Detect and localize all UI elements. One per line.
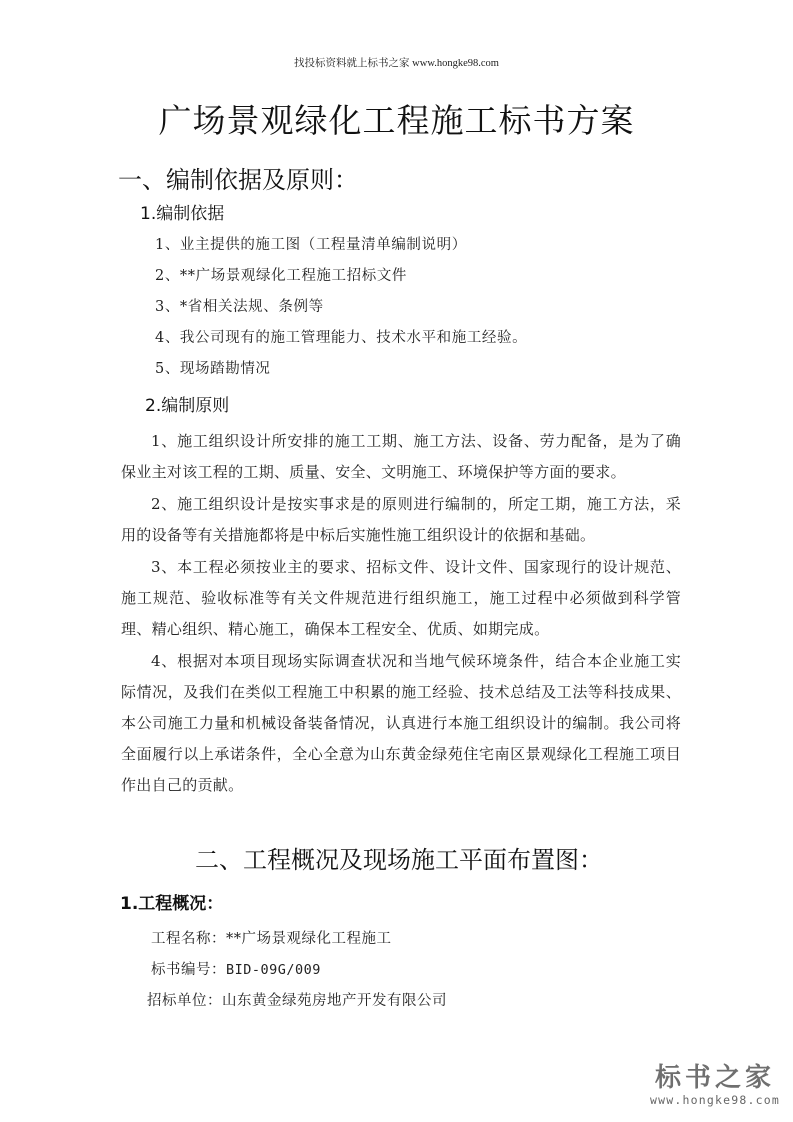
watermark-url: www.hongke98.com xyxy=(640,1093,790,1107)
info-project-name: 工程名称：**广场景观绿化工程施工 xyxy=(151,927,392,948)
section1-heading: 一、编制依据及原则： xyxy=(118,160,358,195)
info-tendering-unit: 招标单位：山东黄金绿苑房地产开发有限公司 xyxy=(147,989,447,1010)
principle-text: 3、本工程必须按业主的要求、招标文件、设计文件、国家现行的设计规范、施工规范、验… xyxy=(121,558,681,638)
basis-item: 4、我公司现有的施工管理能力、技术水平和施工经验。 xyxy=(155,326,527,347)
basis-item: 2、**广场景观绿化工程施工招标文件 xyxy=(155,264,407,285)
principle-paragraph: 1、施工组织设计所安排的施工工期、施工方法、设备、劳力配备，是为了确保业主对该工… xyxy=(121,426,681,488)
basis-item: 5、现场踏勘情况 xyxy=(155,357,271,378)
info-value: **广场景观绿化工程施工 xyxy=(226,931,392,947)
document-title: 广场景观绿化工程施工标书方案 xyxy=(0,95,793,142)
basis-item: 3、*省相关法规、条例等 xyxy=(155,295,324,316)
section2-sub1-heading: 1.工程概况： xyxy=(120,889,223,914)
watermark-logo: 标书之家 www.hongke98.com xyxy=(640,1063,790,1107)
info-value: 山东黄金绿苑房地产开发有限公司 xyxy=(222,993,447,1009)
section2-heading: 二、工程概况及现场施工平面布置图： xyxy=(195,840,603,875)
principle-paragraph: 3、本工程必须按业主的要求、招标文件、设计文件、国家现行的设计规范、施工规范、验… xyxy=(121,552,681,645)
principle-text: 2、施工组织设计是按实事求是的原则进行编制的，所定工期，施工方法，采用的设备等有… xyxy=(121,495,681,544)
info-label: 招标单位： xyxy=(147,993,222,1009)
basis-item: 1、业主提供的施工图（工程量清单编制说明） xyxy=(155,233,467,254)
principle-text: 1、施工组织设计所安排的施工工期、施工方法、设备、劳力配备，是为了确保业主对该工… xyxy=(121,432,681,481)
info-label: 标书编号： xyxy=(151,962,226,978)
section1-sub1-heading: 1.编制依据 xyxy=(140,199,224,224)
principle-paragraph: 2、施工组织设计是按实事求是的原则进行编制的，所定工期，施工方法，采用的设备等有… xyxy=(121,489,681,551)
principle-text: 4、根据对本项目现场实际调查状况和当地气候环境条件，结合本企业施工实际情况，及我… xyxy=(121,652,681,794)
info-bid-number: 标书编号：BID-09G/009 xyxy=(151,958,321,979)
info-label: 工程名称： xyxy=(151,931,226,947)
header-note: 找投标资料就上标书之家 www.hongke98.com xyxy=(0,55,793,70)
watermark-brand: 标书之家 xyxy=(640,1063,790,1093)
section1-sub2-heading: 2.编制原则 xyxy=(145,391,229,416)
principle-paragraph: 4、根据对本项目现场实际调查状况和当地气候环境条件，结合本企业施工实际情况，及我… xyxy=(121,646,681,801)
info-value: BID-09G/009 xyxy=(226,962,321,978)
